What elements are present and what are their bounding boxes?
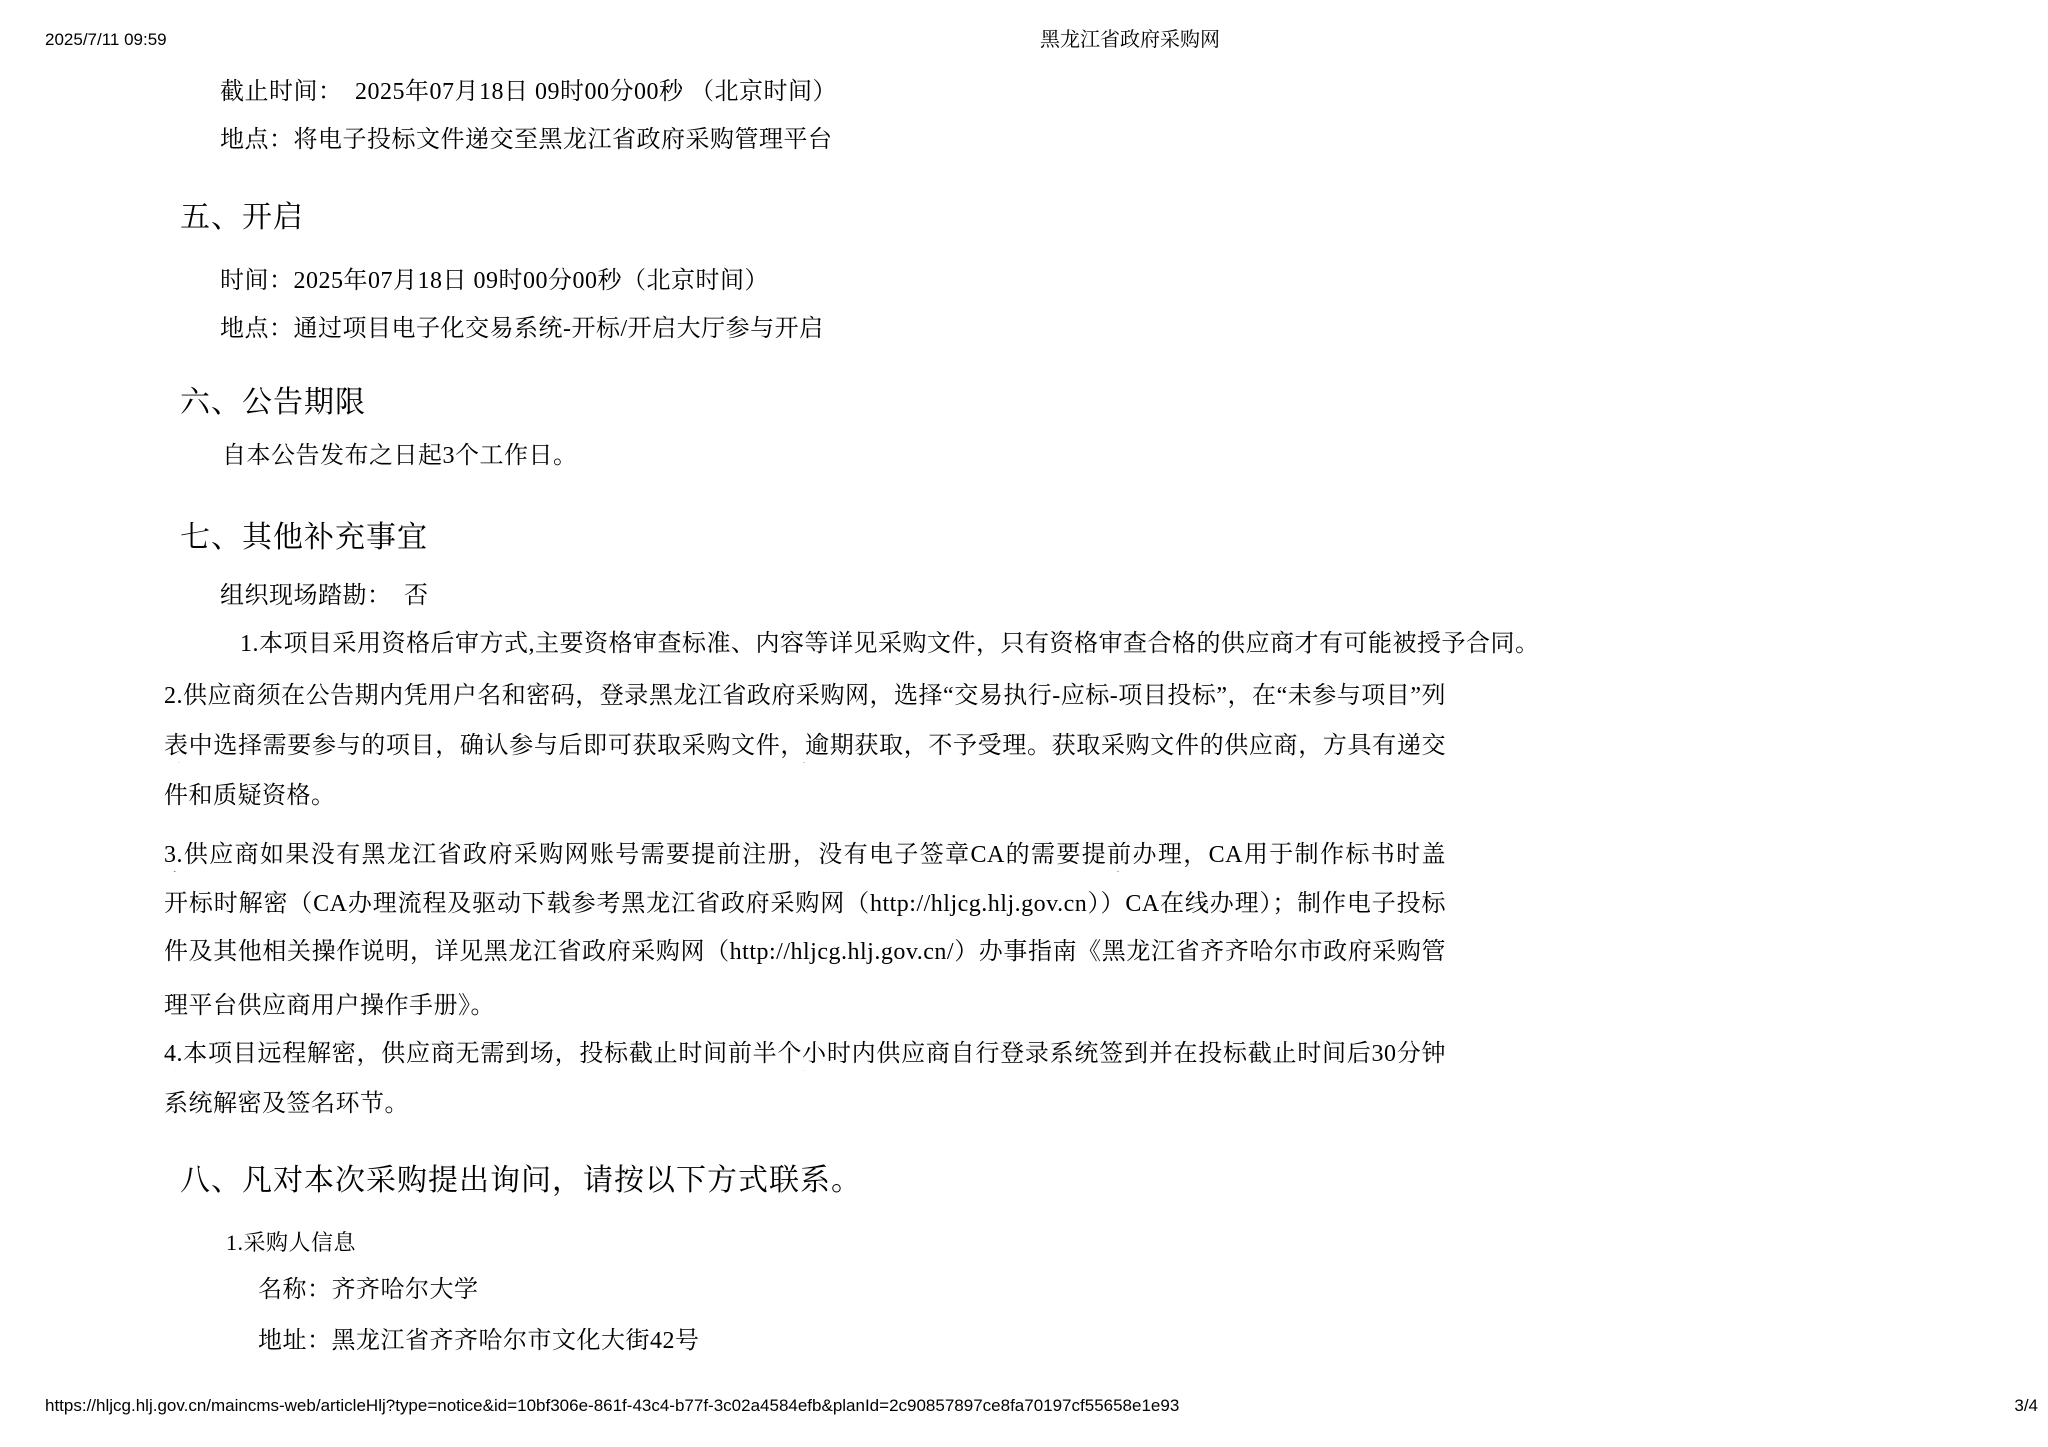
open-time-line: 时间：2025年07月18日 09时00分00秒（北京时间） [220, 266, 769, 296]
print-header-title: 黑龙江省政府采购网 [1040, 28, 1220, 52]
section-5-heading: 五、开启 [180, 200, 304, 236]
note-3-line: 开标时解密（CA办理流程及驱动下载参考黑龙江省政府采购网（http://hljc… [164, 889, 1446, 921]
purchaser-address-line: 地址：黑龙江省齐齐哈尔市文化大街42号 [258, 1326, 700, 1356]
note-3-line: 理平台供应商用户操作手册》。 [164, 991, 495, 1021]
print-footer-url: https://hljcg.hlj.gov.cn/maincms-web/art… [45, 1396, 1179, 1416]
notice-period-line: 自本公告发布之日起3个工作日。 [222, 441, 578, 471]
section-6-heading: 六、公告期限 [180, 385, 366, 421]
note-2-line: 2.供应商须在公告期内凭用户名和密码，登录黑龙江省政府采购网，选择“交易执行-应… [164, 681, 1446, 713]
open-place-line: 地点：通过项目电子化交易系统-开标/开启大厅参与开启 [220, 314, 824, 344]
note-4-line: 系统解密及签名环节。 [164, 1089, 409, 1119]
site-survey-line: 组织现场踏勘： 否 [220, 581, 429, 611]
note-2-line: 件和质疑资格。 [164, 781, 336, 811]
note-3-line: 3.供应商如果没有黑龙江省政府采购网账号需要提前注册，没有电子签章CA的需要提前… [164, 840, 1446, 872]
print-preview-page: 2025/7/11 09:59 黑龙江省政府采购网 截止时间： 2025年07月… [0, 0, 2048, 1447]
note-3-line: 件及其他相关操作说明，详见黑龙江省政府采购网（http://hljcg.hlj.… [164, 937, 1446, 969]
note-4-line: 4.本项目远程解密，供应商无需到场，投标截止时间前半个小时内供应商自行登录系统签… [164, 1039, 1446, 1071]
deadline-time-line: 截止时间： 2025年07月18日 09时00分00秒 （北京时间） [220, 77, 837, 107]
note-2-line: 表中选择需要参与的项目，确认参与后即可获取采购文件，逾期获取，不予受理。获取采购… [164, 731, 1446, 763]
section-7-heading: 七、其他补充事宜 [180, 520, 428, 556]
purchaser-info-heading: 1.采购人信息 [226, 1230, 356, 1256]
print-header-date: 2025/7/11 09:59 [45, 30, 167, 50]
section-8-heading: 八、凡对本次采购提出询问，请按以下方式联系。 [180, 1163, 862, 1199]
print-footer-page-number: 3/4 [2014, 1396, 2038, 1416]
submit-place-line: 地点：将电子投标文件递交至黑龙江省政府采购管理平台 [220, 125, 833, 155]
purchaser-name-line: 名称：齐齐哈尔大学 [258, 1275, 479, 1305]
note-1-line: 1.本项目采用资格后审方式,主要资格审查标准、内容等详见采购文件，只有资格审查合… [240, 629, 1540, 659]
